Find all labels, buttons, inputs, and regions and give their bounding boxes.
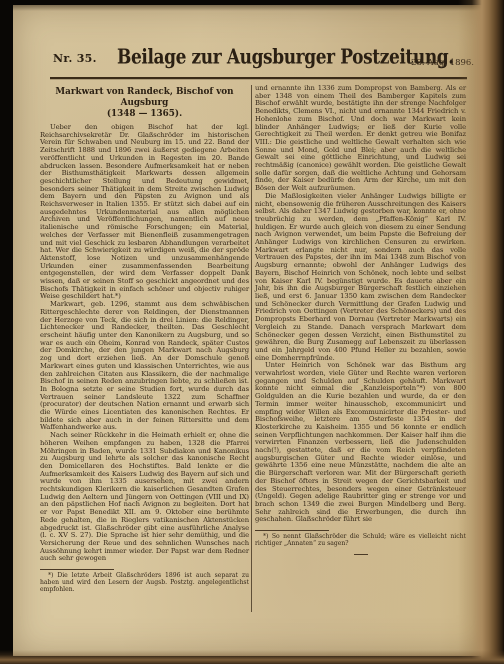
newspaper-scan: Nr. 35. Beilage zur Augsburger Postzeitu… [0, 0, 504, 664]
right-footnote: *) So nennt Glaßschröder die Schuld; wär… [255, 530, 466, 548]
left-column-paragraphs: Ueber den obigen Bischof hat der kgl. Re… [40, 124, 249, 563]
paragraph: und ernannte ihn 1336 zum Dompropst von … [255, 85, 466, 193]
masthead-title: Beilage zur Augsburger Postzeitung. [117, 45, 417, 69]
paragraph: Ueber den obigen Bischof hat der kgl. Re… [40, 124, 249, 301]
end-of-article-dash [354, 554, 368, 555]
left-column: Markwart von Randeck, Bischof von Augsbu… [40, 85, 249, 615]
issue-number: Nr. 35. [53, 52, 97, 65]
right-column-paragraphs: und ernannte ihn 1336 zum Dompropst von … [255, 85, 466, 524]
article-subheading: (1348 — 1365). [40, 109, 249, 119]
paragraph: Markwart, geb. 1296, stammt aus dem schw… [40, 301, 249, 432]
article-body: Markwart von Randeck, Bischof von Augsbu… [40, 85, 467, 615]
paragraph: Nach seiner Rückkehr in die Heimath erhi… [40, 432, 249, 563]
paragraph: Unter Heinrich von Schönek war das Bisth… [255, 362, 466, 524]
column-divider-rule [251, 85, 252, 612]
article-heading: Markwart von Randeck, Bischof von Augsbu… [40, 87, 249, 108]
right-column: und ernannte ihn 1336 zum Dompropst von … [255, 85, 466, 615]
left-footnote: *) Die letzte Arbeit Glaßschröders 1896 … [40, 569, 249, 594]
newspaper-page: Nr. 35. Beilage zur Augsburger Postzeitu… [13, 5, 497, 656]
book-edge-right [458, 0, 504, 664]
header-rule [50, 77, 467, 79]
book-edge-bottom [0, 650, 504, 664]
paragraph: Die Maßlosigkeiten vieler Anhänger Ludwi… [255, 193, 466, 362]
